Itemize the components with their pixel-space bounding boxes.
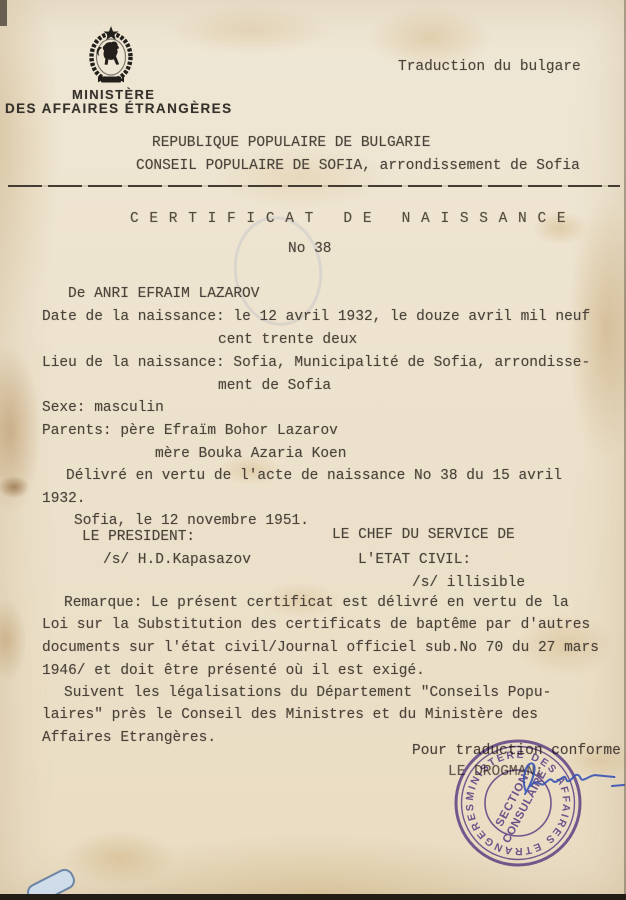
header-council: CONSEIL POPULAIRE DE SOFIA, arrondisseme… bbox=[136, 159, 580, 174]
scanned-paper: MINISTÈRE DES AFFAIRES ÉTRANGÈRES Traduc… bbox=[0, 0, 626, 900]
scan-edge-top-left bbox=[0, 0, 7, 26]
birth-date-line2: cent trente deux bbox=[218, 333, 357, 348]
document-title: C E R T I F I C A T D E N A I S S A N C … bbox=[130, 212, 567, 227]
ministry-name-line1: MINISTÈRE bbox=[72, 87, 155, 102]
lion-icon bbox=[103, 41, 119, 64]
remark-line2: Loi sur la Substitution des certificats … bbox=[42, 618, 590, 633]
legalisation-line1: Suivent les légalisations du Département… bbox=[64, 686, 551, 701]
issued-line1: Délivré en vertu de l'acte de naissance … bbox=[66, 469, 562, 484]
parents-father-line: Parents: père Efraïm Bohor Lazarov bbox=[42, 424, 338, 439]
header-republic: REPUBLIQUE POPULAIRE DE BULGARIE bbox=[152, 136, 430, 151]
chief-label-line1: LE CHEF DU SERVICE DE bbox=[332, 528, 515, 543]
legalisation-line2: laires" près le Conseil des Ministres et… bbox=[42, 708, 538, 723]
chief-signature: /s/ illisible bbox=[412, 576, 525, 591]
certificate-number: No 38 bbox=[288, 242, 332, 257]
sex-line: Sexe: masculin bbox=[42, 401, 164, 416]
issued-line2: 1932. bbox=[42, 492, 86, 507]
legalisation-line3: Affaires Etrangères. bbox=[42, 731, 216, 746]
remark-line3: documents sur l'état civil/Journal offic… bbox=[42, 641, 599, 656]
lion-tail-icon bbox=[97, 47, 102, 56]
scan-edge-bottom bbox=[0, 894, 626, 900]
president-label: LE PRESIDENT: bbox=[82, 530, 195, 545]
ministry-name-line2: DES AFFAIRES ÉTRANGÈRES bbox=[5, 101, 232, 116]
birth-place-line2: ment de Sofia bbox=[218, 379, 331, 394]
city-date-line: Sofia, le 12 novembre 1951. bbox=[74, 514, 309, 529]
handwritten-signature bbox=[516, 752, 626, 804]
remark-line1: Remarque: Le présent certificat est déli… bbox=[64, 596, 569, 611]
bulgaria-coat-of-arms-icon bbox=[82, 24, 140, 86]
birth-date-line1: Date de la naissance: le 12 avril 1932, … bbox=[42, 310, 590, 325]
translation-note: Traduction du bulgare bbox=[398, 60, 581, 75]
parents-mother-line: mère Bouka Azaria Koen bbox=[155, 447, 346, 462]
remark-line4: 1946/ et doit être présenté où il est ex… bbox=[42, 664, 425, 679]
birth-place-line1: Lieu de la naissance: Sofia, Municipalit… bbox=[42, 356, 590, 371]
chief-label-line2: L'ETAT CIVIL: bbox=[358, 553, 471, 568]
president-signature: /s/ H.D.Kapasazov bbox=[103, 553, 251, 568]
star-icon bbox=[104, 26, 119, 40]
header-divider-line bbox=[8, 185, 620, 187]
holder-name: De ANRI EFRAIM LAZAROV bbox=[68, 287, 259, 302]
